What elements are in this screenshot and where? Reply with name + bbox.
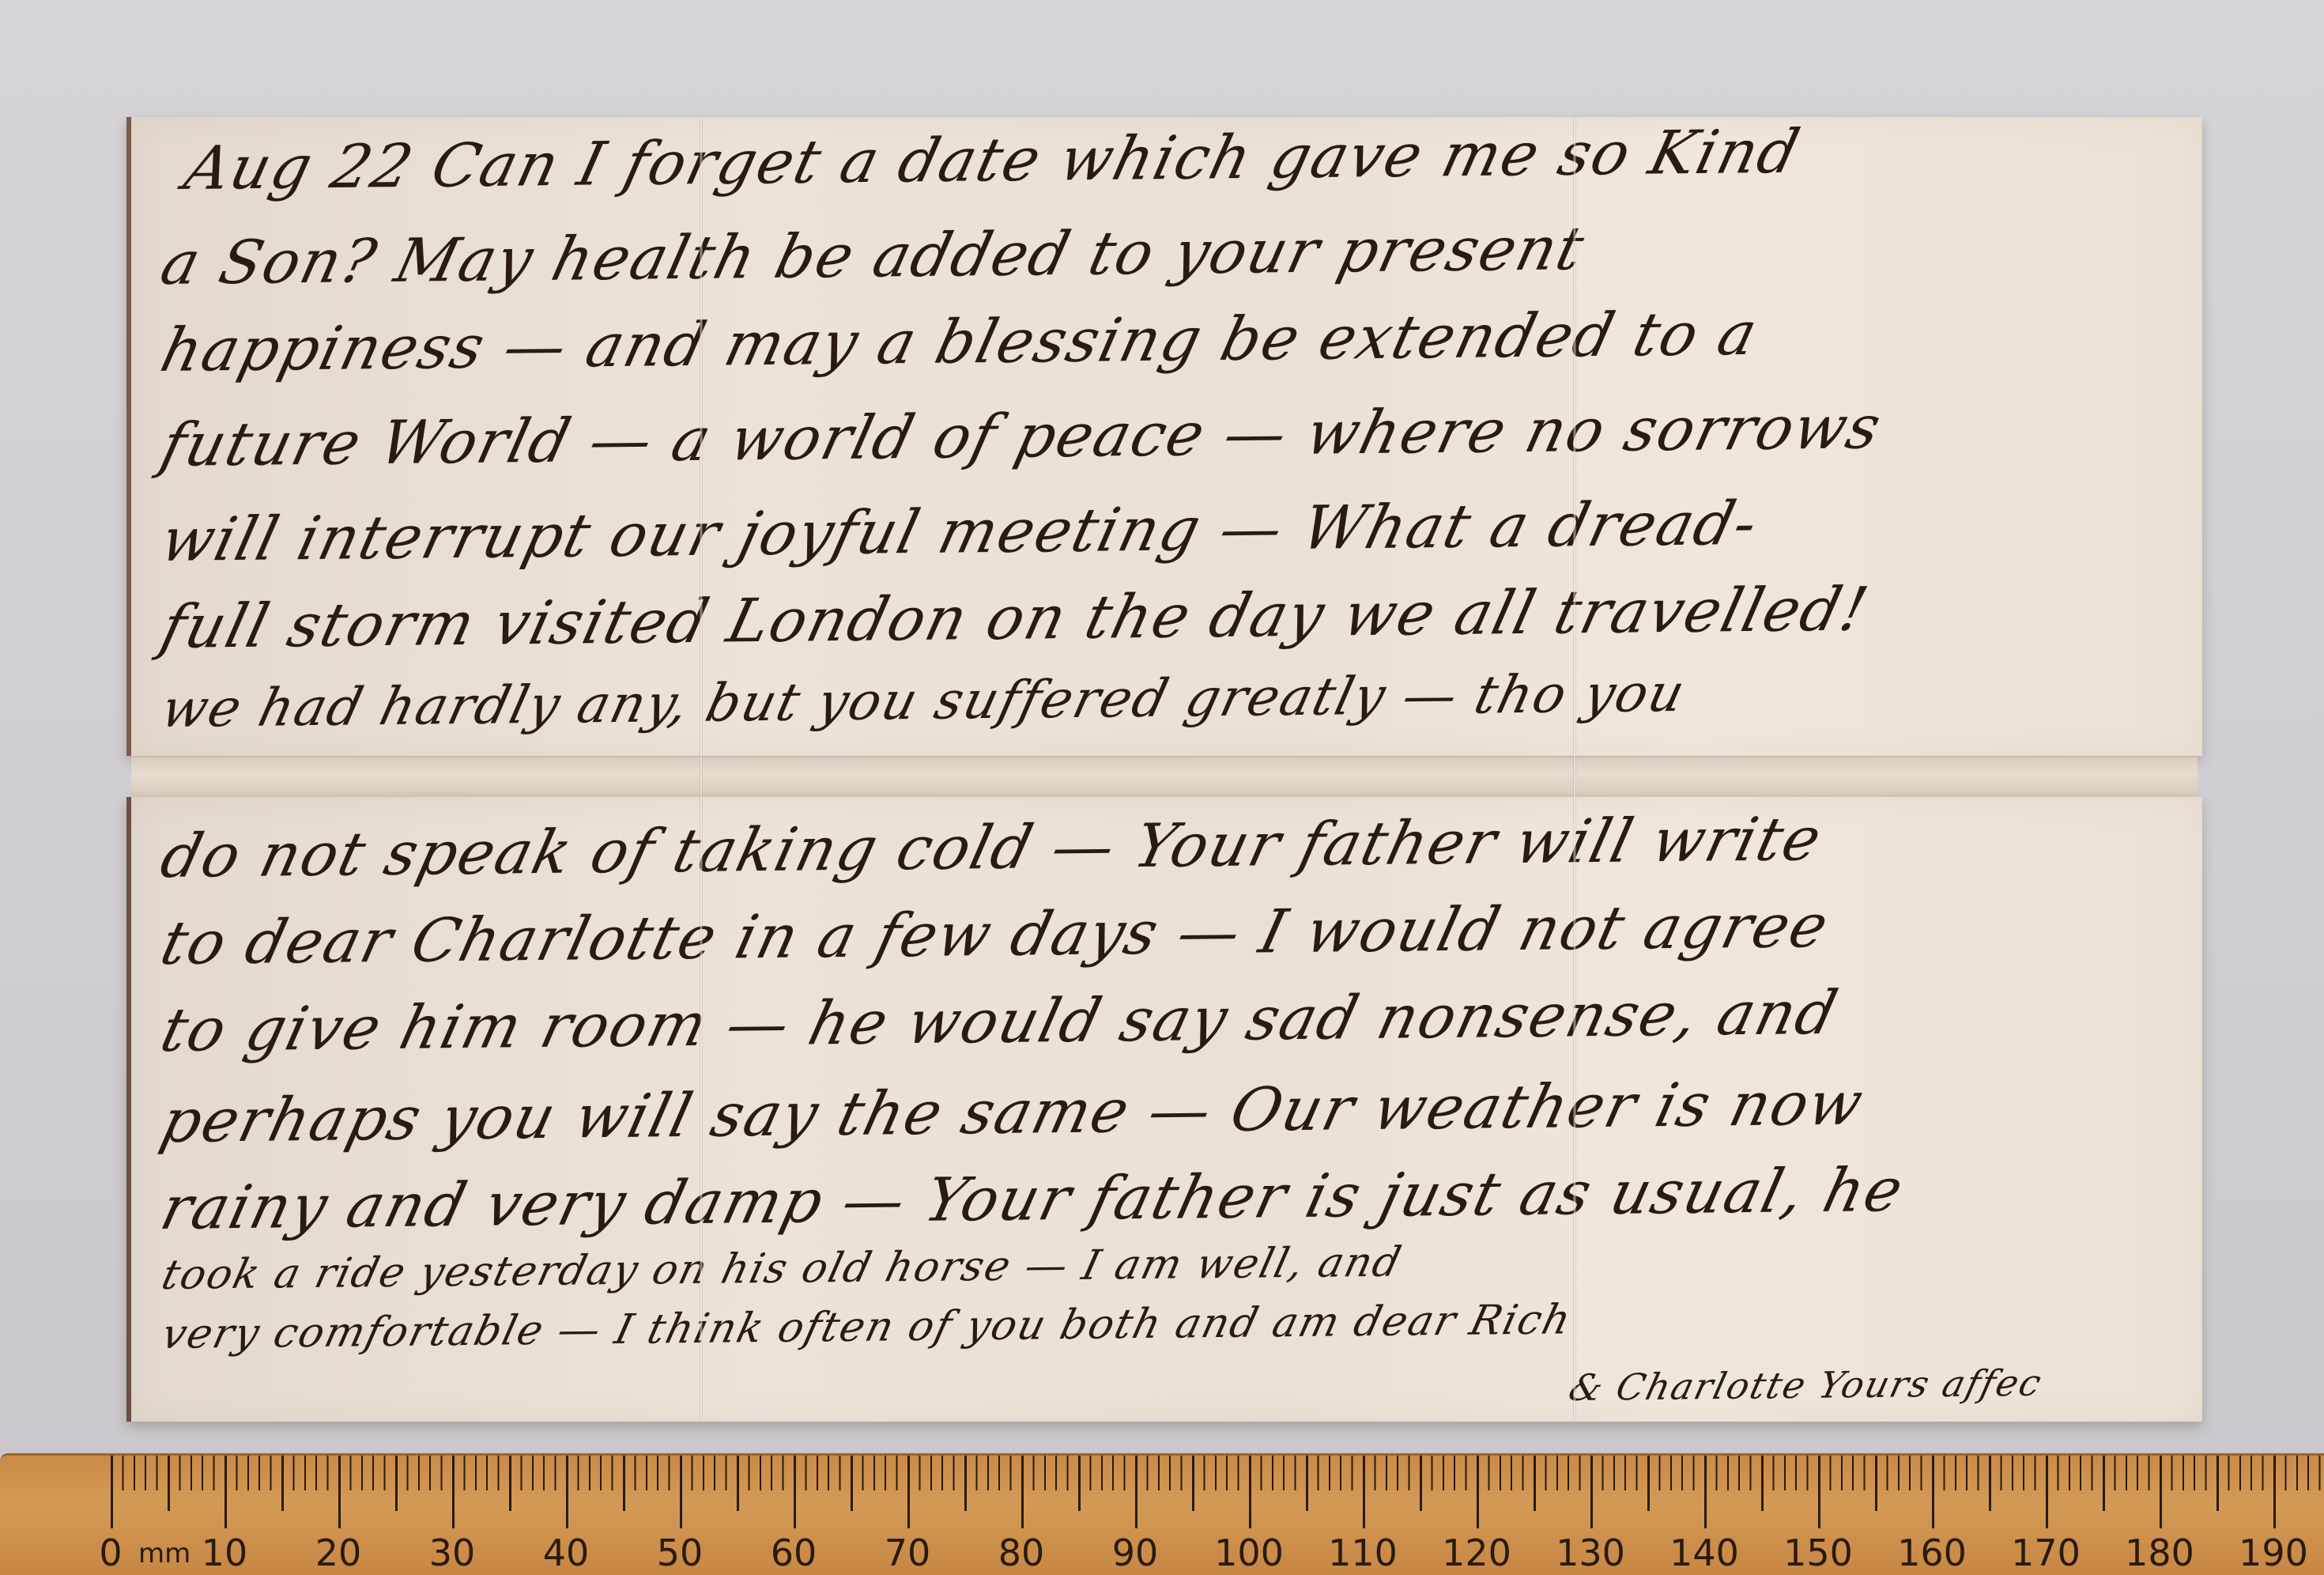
ruler-label: 110 — [1328, 1532, 1398, 1574]
ruler-label: 0 — [99, 1532, 122, 1574]
ruler-label: 30 — [429, 1532, 476, 1574]
vertical-fold — [700, 117, 703, 1422]
ruler-label: 170 — [2011, 1532, 2081, 1574]
letter-bottom-panel: do not speak of taking cold — Your fathe… — [126, 797, 2202, 1422]
ruler-label: 10 — [202, 1532, 248, 1574]
ruler-label: 160 — [1897, 1532, 1967, 1574]
letter-line: do not speak of taking cold — Your fathe… — [154, 803, 1829, 891]
ruler-label: 190 — [2239, 1532, 2308, 1574]
ruler-label: 60 — [771, 1532, 817, 1574]
letter-line: Aug 22 Can I forget a date which gave me… — [178, 116, 1807, 203]
letter-line: rainy and very damp — Your father is jus… — [154, 1154, 1911, 1243]
ruler-label: 140 — [1669, 1532, 1739, 1574]
ruler-label: 120 — [1442, 1532, 1511, 1574]
letter-line: to dear Charlotte in a few days — I woul… — [154, 890, 1836, 978]
letter: Aug 22 Can I forget a date which gave me… — [126, 117, 2198, 1422]
ruler-label: 90 — [1112, 1532, 1159, 1574]
letter-line: to give him room — he would say sad nons… — [154, 977, 1845, 1065]
ruler-label: 50 — [657, 1532, 704, 1574]
ruler-unit: mm — [138, 1538, 191, 1569]
letter-line: we had hardly any, but you suffered grea… — [156, 663, 1692, 739]
letter-line: a Son? May health be added to your prese… — [154, 213, 1592, 298]
letter-line: happiness — and may a blessing be extend… — [154, 298, 1765, 385]
ruler-label: 180 — [2125, 1532, 2194, 1574]
ruler-label: 130 — [1556, 1532, 1625, 1574]
letter-line: will interrupt our joyful meeting — What… — [154, 488, 1765, 575]
ruler-label: 20 — [315, 1532, 362, 1574]
letter-line: took a ride yesterday on his old horse —… — [157, 1239, 1407, 1299]
letter-line: full storm visited London on the day we … — [154, 573, 1876, 662]
letter-signature: & Charlotte Yours affec — [1565, 1362, 2047, 1409]
ruler-label: 100 — [1214, 1532, 1284, 1574]
ruler-ticks — [111, 1456, 2324, 1535]
letter-line: future World — a world of peace — where … — [154, 391, 1888, 480]
vertical-fold — [1573, 117, 1576, 1422]
ruler-label: 70 — [885, 1532, 931, 1574]
measuring-ruler: mm 0 10 20 30 40 50 60 70 80 90 100 110 … — [0, 1453, 2324, 1575]
ruler-label: 150 — [1783, 1532, 1853, 1574]
ruler-label: 80 — [998, 1532, 1045, 1574]
letter-line: perhaps you will say the same — Our weat… — [154, 1068, 1871, 1156]
letter-line: very comfortable — I think often of you … — [157, 1296, 1577, 1358]
ruler-label: 40 — [543, 1532, 590, 1574]
horizontal-fold — [131, 756, 2198, 803]
letter-top-panel: Aug 22 Can I forget a date which gave me… — [126, 117, 2202, 756]
